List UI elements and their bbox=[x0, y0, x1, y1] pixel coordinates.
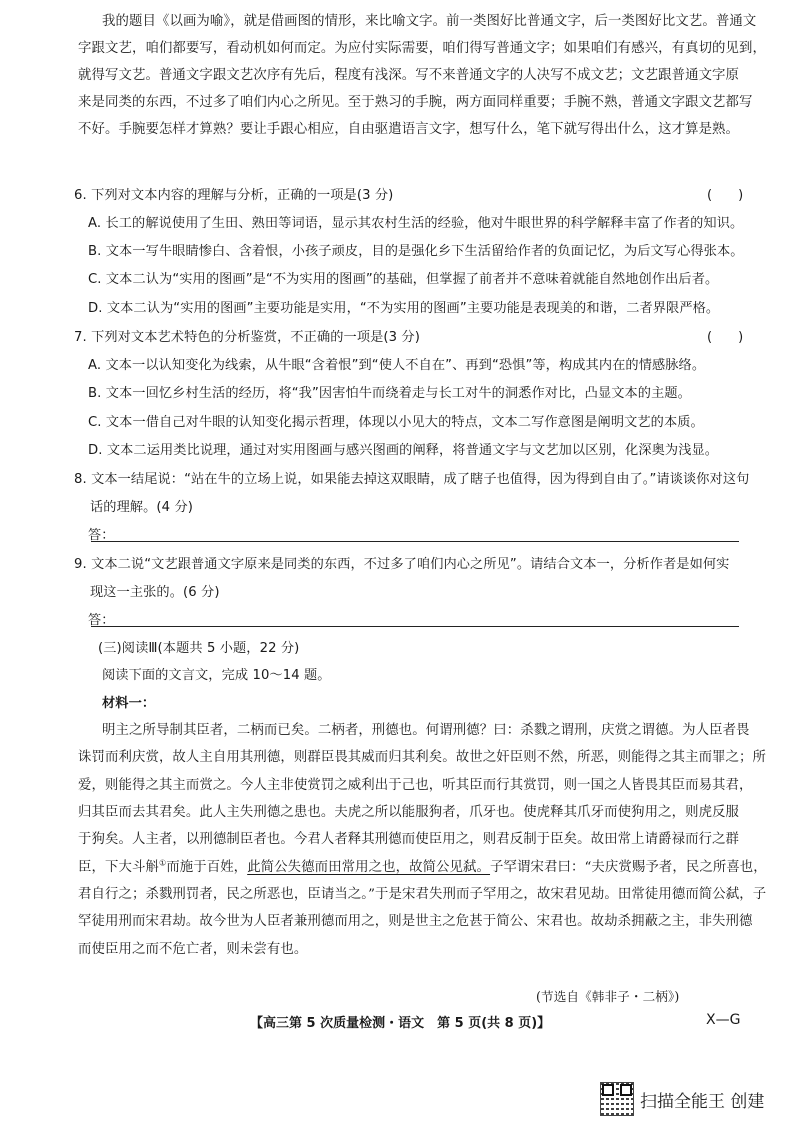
question-6-option-d: D. 文本二认为“实用的图画”主要功能是实用，“不为实用的图画”主要功能是表现美… bbox=[88, 297, 719, 316]
passage-line: 字跟文艺，咱们都要写，看动机如何而定。为应付实际需要，咱们得写普通文字；如果咱们… bbox=[78, 37, 766, 56]
material-line: 罕徒用刑而宋君劫。故今世为人臣者兼刑德而用之，则是世主之危甚于简公、宋君也。故劫… bbox=[78, 910, 753, 929]
material-line-with-underline: 臣，下大斗斛①而施于百姓，此简公失德而田常用之也，故简公见弑。子罕谓宋君曰：“夫… bbox=[78, 856, 767, 875]
question-7-option-a: A. 文本一以认知变化为线索，从牛眼“含着恨”到“使人不自在”、再到“恐惧”等，… bbox=[88, 354, 705, 373]
passage-line: 就得写文艺。普通文字跟文艺次序有先后，程度有浅深。写不来普通文字的人决写不成文艺… bbox=[78, 64, 739, 83]
question-8-stem: 8. 文本一结尾说：“站在牛的立场上说，如果能去掉这双眼睛，成了瞎子也值得，因为… bbox=[74, 468, 749, 487]
question-6-option-a: A. 长工的解说使用了生田、熟田等词语，显示其农村生活的经验，他对牛眼世界的科学… bbox=[88, 212, 743, 231]
scanner-watermark: 扫描全能王 创建 bbox=[640, 1087, 764, 1112]
section-3-heading: (三)阅读Ⅲ(本题共 5 小题，22 分) bbox=[98, 637, 299, 656]
question-6-option-b: B. 文本一写牛眼睛惨白、含着恨，小孩子顽皮，目的是强化乡下生活留给作者的负面记… bbox=[88, 240, 744, 259]
material-line: 归其臣而去其君矣。此人主失刑德之患也。夫虎之所以能服狗者，爪牙也。使虎释其爪牙而… bbox=[78, 801, 739, 820]
passage-line: 来是同类的东西，不过多了咱们内心之所见。至于熟习的手腕，两方面同样重要；手腕不熟… bbox=[78, 91, 753, 110]
question-7-option-d: D. 文本二运用类比说理，通过对实用图画与感兴图画的阐释，将普通文字与文艺加以区… bbox=[88, 439, 718, 458]
question-8-stem-cont: 话的理解。(4 分) bbox=[90, 496, 193, 515]
question-6-option-c: C. 文本二认为“实用的图画”是“不为实用的图画”的基础，但掌握了前者并不意味着… bbox=[88, 268, 718, 287]
source-citation: (节选自《韩非子・二柄》) bbox=[536, 986, 679, 1005]
page-footer-code: X—G bbox=[706, 1012, 740, 1028]
material-text: 子罕谓宋君曰：“夫庆赏赐予者，民之所喜也， bbox=[490, 860, 767, 875]
section-3-instruction: 阅读下面的文言文，完成 10～14 题。 bbox=[102, 664, 331, 683]
question-7-option-c: C. 文本一借自己对牛眼的认知变化揭示哲理，体现以小见大的特点，文本二写作意图是… bbox=[88, 411, 704, 430]
page-footer-title: 【高三第 5 次质量检测・语文 第 5 页(共 8 页)】 bbox=[250, 1012, 550, 1031]
passage-line: 我的题目《以画为喻》，就是借画图的情形，来比喻文字。前一类图好比普通文字，后一类… bbox=[102, 10, 756, 29]
question-9-stem: 9. 文本二说“文艺跟普通文字原来是同类的东西，不过多了咱们内心之所见”。请结合… bbox=[74, 553, 729, 572]
question-6-stem: 6. 下列对文本内容的理解与分析，正确的一项是(3 分) bbox=[74, 184, 393, 203]
material-text: 臣，下大斗斛 bbox=[78, 860, 159, 875]
question-9-stem-cont: 现这一主张的。(6 分) bbox=[90, 581, 220, 600]
question-9-answer-field[interactable] bbox=[91, 625, 739, 627]
question-6-answer-bracket[interactable]: ( ) bbox=[707, 184, 743, 203]
question-7-option-b: B. 文本一回忆乡村生活的经历，将“我”因害怕牛而绕着走与长工对牛的洞悉作对比，… bbox=[88, 382, 691, 401]
material-line: 明主之所导制其臣者，二柄而已矣。二柄者，刑德也。何谓刑德？曰：杀戮之谓刑，庆赏之… bbox=[102, 719, 750, 738]
material-text: 而施于百姓， bbox=[166, 860, 247, 875]
qr-code-icon bbox=[600, 1082, 634, 1116]
question-8-answer-field[interactable] bbox=[91, 540, 739, 542]
question-7-stem: 7. 下列对文本艺术特色的分析鉴赏，不正确的一项是(3 分) bbox=[74, 326, 420, 345]
passage-line: 不好。手腕要怎样才算熟？要让手跟心相应，自由驱遣语言文字，想写什么，笔下就写得出… bbox=[78, 118, 739, 137]
material-line: 君自行之；杀戮刑罚者，民之所恶也，臣请当之。”于是宋君失刑而子罕用之，故宋君见劫… bbox=[78, 883, 766, 902]
question-7-answer-bracket[interactable]: ( ) bbox=[707, 326, 743, 345]
material-line: 于狗矣。人主者，以刑德制臣者也。今君人者释其刑德而使臣用之，则君反制于臣矣。故田… bbox=[78, 828, 739, 847]
underlined-sentence: 此简公失德而田常用之也，故简公见弑。 bbox=[247, 860, 490, 875]
material-line: 而使臣用之而不危亡者，则未尝有也。 bbox=[78, 938, 307, 957]
material-line: 诛罚而利庆赏，故人主自用其刑德，则群臣畏其威而归其利矣。故世之奸臣则不然，所恶，… bbox=[78, 746, 766, 765]
material-1-label: 材料一： bbox=[102, 692, 155, 711]
material-line: 爱，则能得之其主而赏之。今人主非使赏罚之威利出于己也，听其臣而行其赏罚，则一国之… bbox=[78, 774, 753, 793]
